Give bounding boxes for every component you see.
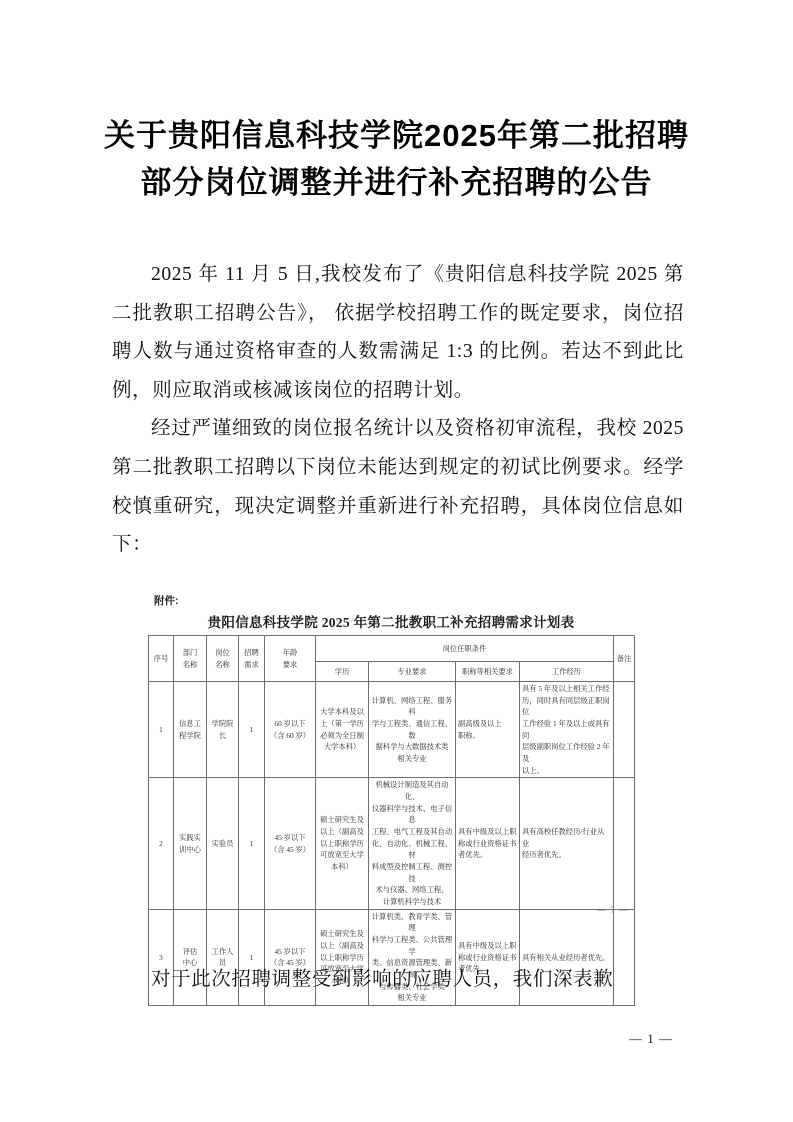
document-title-line1: 关于贵阳信息科技学院2025年第二批招聘	[40, 112, 753, 159]
header-seq: 序号	[149, 636, 174, 682]
table-cell: 具有 5 年及以上相关工作经 历，同时具有同层级正职岗位 工作经验 1 年及以上…	[520, 682, 614, 778]
paragraph-intro: 2025 年 11 月 5 日,我校发布了《贵阳信息科技学院 2025 第二批教…	[112, 256, 684, 410]
table-cell: 1	[239, 778, 265, 909]
table-cell: 计算机、网络工程、服务科 学与工程类、通信工程、数 据科学与大数据技术类 相关专…	[369, 682, 456, 778]
table-cell: 硕士研究生及 以上（副高及 以上职称学历 可放宽至大学 本科）	[316, 778, 369, 909]
table-cell: 1	[149, 682, 174, 778]
closing-text: 对于此次招聘调整受到影响的应聘人员，我们深表歉	[112, 961, 684, 999]
table-cell: 实践实 训中心	[174, 778, 207, 909]
recruitment-plan-table: 序号 部门 名称 岗位 名称 招聘 需求 年龄 要求 岗位任职条件 备注 学历 …	[148, 635, 635, 1006]
attachment-section: 附件: 贵阳信息科技学院 2025 年第二批教职工补充招聘需求计划表 序号 部门…	[148, 593, 634, 1006]
body-text: 2025 年 11 月 5 日,我校发布了《贵阳信息科技学院 2025 第二批教…	[112, 256, 684, 565]
table-cell: 机械设计制造及其自动化、 仪器科学与技术、电子信息 工程、电气工程及其自动 化、…	[369, 778, 456, 909]
table-cell: 学院院长	[207, 682, 239, 778]
table-cell: 实验员	[207, 778, 239, 909]
header-conditions: 岗位任职条件	[316, 636, 614, 662]
table-cell: 60 岁以下 （含 60 岁）	[265, 682, 316, 778]
header-education: 学历	[316, 662, 369, 682]
table-cell: 具有中级及以上职 称或行业资格证书 者优先。	[456, 778, 520, 909]
header-experience: 工作经历	[520, 662, 614, 682]
attachment-label: 附件:	[154, 593, 634, 608]
table-cell	[614, 778, 635, 909]
header-demand: 招聘 需求	[239, 636, 265, 682]
header-age: 年龄 要求	[265, 636, 316, 682]
table-cell	[614, 682, 635, 778]
table-cell: 1	[239, 682, 265, 778]
document-title: 关于贵阳信息科技学院2025年第二批招聘 部分岗位调整并进行补充招聘的公告	[40, 112, 753, 206]
attachment-table-title: 贵阳信息科技学院 2025 年第二批教职工补充招聘需求计划表	[148, 611, 634, 631]
table-row: 2 实践实 训中心 实验员 1 45 岁以下 （含 45 岁） 硕士研究生及 以…	[149, 778, 635, 909]
table-cell: 具有高校任教经历/行业从业 经历者优先。	[520, 778, 614, 909]
page-number: — 1 —	[629, 1031, 673, 1047]
header-dept: 部门 名称	[174, 636, 207, 682]
table-cell: 45 岁以下 （含 45 岁）	[265, 778, 316, 909]
header-remark: 备注	[614, 636, 635, 682]
table-cell: 信息工 程学院	[174, 682, 207, 778]
paragraph-closing: 对于此次招聘调整受到影响的应聘人员，我们深表歉	[112, 961, 684, 999]
header-major: 专业要求	[369, 662, 456, 682]
header-title-req: 职称等相关要求	[456, 662, 520, 682]
header-post: 岗位 名称	[207, 636, 239, 682]
table-cell: 2	[149, 778, 174, 909]
paragraph-decision: 经过严谨细致的岗位报名统计以及资格初审流程，我校 2025 第二批教职工招聘以下…	[112, 410, 684, 564]
document-title-line2: 部分岗位调整并进行补充招聘的公告	[40, 159, 753, 206]
document-page: 关于贵阳信息科技学院2025年第二批招聘 部分岗位调整并进行补充招聘的公告 20…	[0, 0, 793, 1122]
attachment-page-number: — 7 —	[597, 905, 629, 915]
table-cell: 大学本科及以 上（第一学历 必须为全日制 大学本科）	[316, 682, 369, 778]
table-header-row-1: 序号 部门 名称 岗位 名称 招聘 需求 年龄 要求 岗位任职条件 备注	[149, 636, 635, 662]
table-row: 1 信息工 程学院 学院院长 1 60 岁以下 （含 60 岁） 大学本科及以 …	[149, 682, 635, 778]
table-cell: 副高级及以上 职称。	[456, 682, 520, 778]
